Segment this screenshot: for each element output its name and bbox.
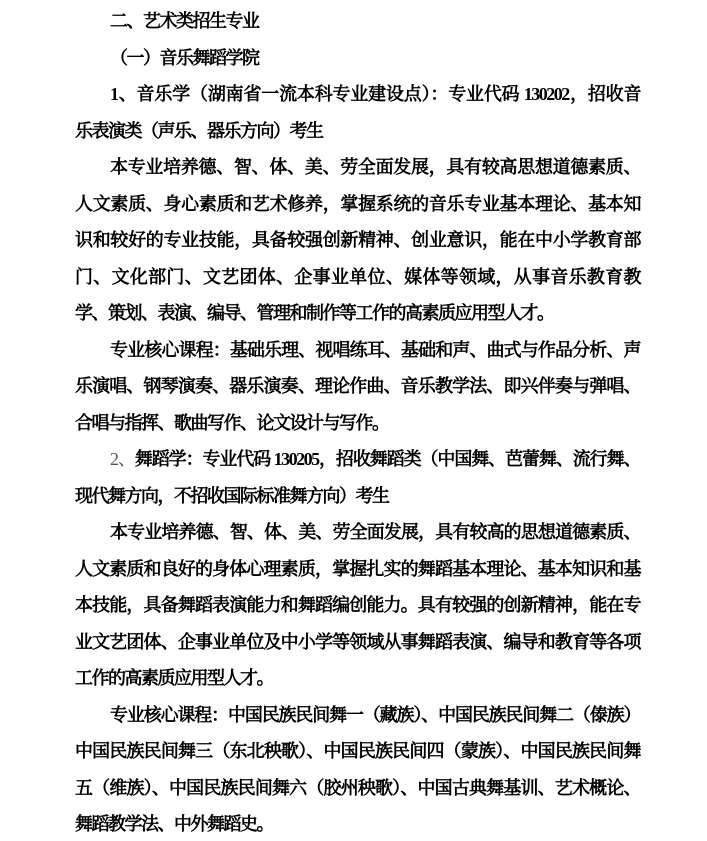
document-page: 二、艺术类招生专业（一）音乐舞蹈学院1、音乐学（湖南省一流本科专业建设点）：专业… — [0, 0, 707, 841]
text-line: 专业核心课程：中国民族民间舞一（藏族）、中国民族民间舞二（傣族） — [75, 697, 640, 734]
text-line: 门、文化部门、文艺团体、企事业单位、媒体等领域，从事音乐教育教 — [75, 259, 640, 296]
text-line: 本专业培养德、智、体、美、劳全面发展，具有较高的思想道德素质、 — [75, 514, 640, 551]
major-2-core-courses: 专业核心课程：中国民族民间舞一（藏族）、中国民族民间舞二（傣族）中国民族民间舞三… — [75, 697, 640, 841]
major-2-description: 本专业培养德、智、体、美、劳全面发展，具有较高的思想道德素质、人文素质和良好的身… — [75, 514, 640, 697]
text-line: 识和较好的专业技能，具备较强创新精神、创业意识，能在中小学教育部 — [75, 222, 640, 259]
section-heading: 二、艺术类招生专业 — [75, 3, 640, 40]
text-line: 业文艺团体、企事业单位及中小学等领域从事舞蹈表演、编导和教育等各项 — [75, 624, 640, 661]
text-line: 本技能，具备舞蹈表演能力和舞蹈编创能力。具有较强的创新精神，能在专 — [75, 587, 640, 624]
text-line: 1、音乐学（湖南省一流本科专业建设点）：专业代码 130202，招收音 — [75, 76, 640, 113]
major-1-core-courses: 专业核心课程：基础乐理、视唱练耳、基础和声、曲式与作品分析、声乐演唱、钢琴演奏、… — [75, 332, 640, 442]
document-body: 二、艺术类招生专业（一）音乐舞蹈学院1、音乐学（湖南省一流本科专业建设点）：专业… — [75, 3, 640, 841]
subsection-heading: （一）音乐舞蹈学院 — [75, 40, 640, 77]
text-line: 2、舞蹈学：专业代码 130205，招收舞蹈类（中国舞、芭蕾舞、流行舞、 — [75, 441, 640, 478]
text-line: （一）音乐舞蹈学院 — [75, 40, 640, 77]
text-line: 乐表演类（声乐、器乐方向）考生 — [75, 113, 640, 150]
major-2-title: 2、舞蹈学：专业代码 130205，招收舞蹈类（中国舞、芭蕾舞、流行舞、现代舞方… — [75, 441, 640, 514]
major-1-description: 本专业培养德、智、体、美、劳全面发展，具有较高思想道德素质、人文素质、身心素质和… — [75, 149, 640, 332]
text-line: 本专业培养德、智、体、美、劳全面发展，具有较高思想道德素质、 — [75, 149, 640, 186]
text-line: 舞蹈教学法、中外舞蹈史。 — [75, 806, 640, 841]
text-line: 现代舞方向，不招收国际标准舞方向）考生 — [75, 478, 640, 515]
line-text: 舞蹈学：专业代码 130205，招收舞蹈类（中国舞、芭蕾舞、流行舞、 — [135, 449, 640, 469]
text-line: 专业核心课程：基础乐理、视唱练耳、基础和声、曲式与作品分析、声 — [75, 332, 640, 369]
text-line: 中国民族民间舞三（东北秧歌）、中国民族民间四（蒙族）、中国民族民间舞 — [75, 733, 640, 770]
text-line: 五（维族）、中国民族民间舞六（胶州秧歌）、中国古典舞基训、艺术概论、 — [75, 770, 640, 807]
text-line: 乐演唱、钢琴演奏、器乐演奏、理论作曲、音乐教学法、即兴伴奏与弹唱、 — [75, 368, 640, 405]
text-line: 学、策划、表演、编导、管理和制作等工作的高素质应用型人才。 — [75, 295, 640, 332]
text-line: 二、艺术类招生专业 — [75, 3, 640, 40]
major-1-title: 1、音乐学（湖南省一流本科专业建设点）：专业代码 130202，招收音乐表演类（… — [75, 76, 640, 149]
list-number-light: 2、 — [110, 449, 135, 469]
text-line: 合唱与指挥、歌曲写作、论文设计与写作。 — [75, 405, 640, 442]
text-line: 工作的高素质应用型人才。 — [75, 660, 640, 697]
text-line: 人文素质、身心素质和艺术修养，掌握系统的音乐专业基本理论、基本知 — [75, 186, 640, 223]
text-line: 人文素质和良好的身体心理素质，掌握扎实的舞蹈基本理论、基本知识和基 — [75, 551, 640, 588]
